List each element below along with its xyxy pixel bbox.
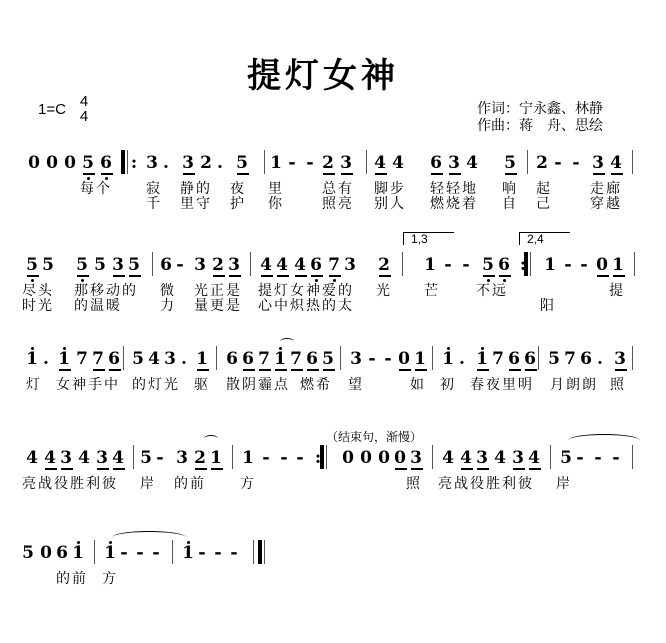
lyric-verse-1: 亮战役胜利彼 (22, 476, 118, 492)
augmentation-dot: . (456, 350, 468, 368)
dash: - (570, 154, 582, 172)
note: 3 (344, 256, 356, 274)
augmentation-dot: . (40, 350, 52, 368)
volta-label: 1,3 (411, 232, 428, 246)
lyric-verse-2: 量更是 (194, 298, 242, 314)
underline (211, 468, 223, 470)
lyric-verse-1: 燃希 (300, 377, 332, 393)
lyric-verse-1: 微 (160, 283, 176, 299)
slur (112, 531, 186, 544)
dash: - (278, 449, 290, 467)
underline (93, 369, 105, 371)
dash: - (574, 449, 586, 467)
note: 6 (108, 350, 120, 368)
lyric-verse-2: 穿越 (590, 196, 622, 212)
underline (261, 275, 273, 277)
underline (399, 369, 411, 371)
note: 1 (242, 449, 254, 467)
low-octave-dot (31, 279, 34, 282)
dash: - (174, 256, 186, 274)
thick-barline (320, 445, 324, 469)
note: 2 (322, 154, 334, 172)
underline (183, 173, 195, 175)
high-octave-dot (31, 347, 34, 350)
note: 5 (94, 256, 106, 274)
slur (204, 435, 218, 442)
lyric-verse-2: 时光 (22, 298, 54, 314)
note: 4 (78, 449, 90, 467)
lyric-verse-1: 岸 (140, 476, 156, 492)
barline (253, 540, 254, 564)
note: 4 (460, 449, 472, 467)
augmentation-dot: . (214, 154, 226, 172)
note: 7 (328, 256, 340, 274)
lyric-verse-2: 千 (146, 196, 162, 212)
lyric-verse-2: 阳 (540, 298, 556, 314)
underline (593, 173, 605, 175)
underline (611, 173, 623, 175)
underline (291, 369, 303, 371)
barline (216, 346, 217, 370)
low-octave-dot (87, 177, 90, 180)
note: 4 (392, 154, 404, 172)
lyric-verse-1: 静的 (180, 181, 212, 197)
lyric-verse-1: 灯 (26, 377, 42, 393)
note: 7 (258, 350, 270, 368)
note: 1 (476, 350, 488, 368)
note: 3 (146, 154, 158, 172)
underline (229, 275, 241, 277)
note: 3 (176, 449, 188, 467)
underline (613, 275, 625, 277)
note: 3 (410, 449, 422, 467)
note: 5 (322, 350, 334, 368)
underline (597, 275, 609, 277)
dash: - (382, 350, 394, 368)
note: 6 (56, 544, 68, 562)
note: 5 (42, 256, 54, 274)
barline (527, 150, 528, 174)
high-octave-dot (481, 347, 484, 350)
underline (45, 468, 57, 470)
note: 1 (274, 350, 286, 368)
lyric-verse-1: 照 (610, 377, 626, 393)
underline (295, 275, 307, 277)
note: 4 (528, 449, 540, 467)
dash: - (294, 449, 306, 467)
note: 2 (194, 449, 206, 467)
note: 4 (44, 449, 56, 467)
note: 4 (276, 256, 288, 274)
augmentation-dot: . (594, 350, 606, 368)
key-signature: 1=C (38, 101, 66, 118)
lyric-verse-1: 光正是 (194, 283, 242, 299)
note: 6 (508, 350, 520, 368)
dash: - (578, 256, 590, 274)
note: 3 (350, 350, 362, 368)
note: 6 (100, 154, 112, 172)
high-octave-dot (279, 347, 282, 350)
note: 5 (504, 154, 516, 172)
underline (59, 369, 71, 371)
low-octave-dot (503, 279, 506, 282)
lyric-verse-1: 望 (348, 377, 364, 393)
note: 7 (92, 350, 104, 368)
lyric-verse-1: 芒 (424, 283, 440, 299)
lyric-verse-1: 每个 (80, 181, 112, 197)
underline (341, 173, 353, 175)
lyric-verse-1: 的前 (174, 476, 206, 492)
note: 6 (306, 350, 318, 368)
underline (97, 468, 109, 470)
note: 2 (536, 154, 548, 172)
time-signature-top: 4 (78, 94, 90, 109)
song-title: 提灯女神 (0, 48, 646, 97)
note: 0 (394, 449, 406, 467)
barline (530, 252, 531, 276)
note: 1 (442, 350, 454, 368)
lyric-verse-2: 燃烧着 (430, 196, 478, 212)
note: 0 (342, 449, 354, 467)
note: 4 (294, 256, 306, 274)
low-octave-dot (333, 279, 336, 282)
dash: - (562, 256, 574, 274)
note: 5 (76, 256, 88, 274)
barline (264, 150, 265, 174)
underline (101, 173, 113, 175)
lyric-verse-1: 夜 (230, 181, 246, 197)
note: 0 (64, 154, 76, 172)
underline (129, 275, 141, 277)
time-signature-bottom: 4 (78, 109, 90, 124)
high-octave-dot (63, 347, 66, 350)
note: 1 (424, 256, 436, 274)
low-octave-dot (315, 279, 318, 282)
underline (307, 369, 319, 371)
lyric-verse-1: 驱 (194, 377, 210, 393)
note: 4 (148, 350, 160, 368)
high-octave-dot (187, 541, 190, 544)
note: 3 (60, 449, 72, 467)
note: 4 (610, 154, 622, 172)
underline (477, 468, 489, 470)
barline (94, 540, 95, 564)
note: 3 (112, 256, 124, 274)
note: 4 (466, 154, 478, 172)
lyric-verse-2: 护 (230, 196, 246, 212)
note: 7 (76, 350, 88, 368)
lyric-verse-1: 方 (102, 571, 118, 587)
underline (197, 369, 209, 371)
thick-barline (121, 150, 125, 174)
underline (375, 173, 387, 175)
lyric-verse-1: 脚步 (374, 181, 406, 197)
underline (243, 369, 255, 371)
dash: - (228, 544, 240, 562)
volta-label: 2,4 (527, 232, 544, 246)
note: 3 (228, 256, 240, 274)
underline (113, 468, 125, 470)
lyric-verse-1: 寂 (146, 181, 162, 197)
barline (432, 346, 433, 370)
lyric-verse-2: 照亮 (322, 196, 354, 212)
note: 4 (260, 256, 272, 274)
augmentation-dot: . (178, 350, 190, 368)
lyric-verse-2: 你 (268, 196, 284, 212)
barline (250, 252, 251, 276)
dash: - (286, 154, 298, 172)
lyric-verse-2: 里守 (180, 196, 212, 212)
lyric-verse-2: 力 (160, 298, 176, 314)
lyric-verse-2: 心中炽热的太 (258, 298, 354, 314)
note: 1 (196, 350, 208, 368)
note: 4 (26, 449, 38, 467)
note: 3 (592, 154, 604, 172)
lyric-verse-1: 岸 (556, 476, 572, 492)
note: 3 (448, 154, 460, 172)
note: 4 (442, 449, 454, 467)
lyric-verse-1: 总有 (322, 181, 354, 197)
lyric-verse-1: 光 (376, 283, 392, 299)
barline (232, 445, 233, 469)
dash: - (366, 350, 378, 368)
note: 1 (544, 256, 556, 274)
note: 0 (360, 449, 372, 467)
dash: - (552, 154, 564, 172)
lyric-verse-2: 己 (536, 196, 552, 212)
note: 6 (226, 350, 238, 368)
lyric-verse-1: 的前 (56, 571, 88, 587)
note: 1 (72, 544, 84, 562)
underline (513, 468, 525, 470)
note: 4 (112, 449, 124, 467)
underline (323, 369, 335, 371)
note: 6 (242, 350, 254, 368)
note: 6 (430, 154, 442, 172)
note: 1 (26, 350, 38, 368)
lyric-verse-1: 轻轻地 (430, 181, 478, 197)
low-octave-dot (487, 279, 490, 282)
note: 3 (164, 350, 176, 368)
note: 5 (128, 256, 140, 274)
note: 1 (58, 350, 70, 368)
underline (431, 173, 443, 175)
time-signature: 4 4 (78, 94, 90, 124)
barline (123, 346, 124, 370)
dash: - (610, 449, 622, 467)
underline (509, 369, 521, 371)
underline (525, 369, 537, 371)
repeat-sign: : (128, 154, 140, 172)
note: 3 (340, 154, 352, 172)
barline (634, 252, 635, 276)
dash: - (460, 256, 472, 274)
note: 7 (492, 350, 504, 368)
note: 3 (512, 449, 524, 467)
lyric-verse-1: 方 (240, 476, 256, 492)
note: 1 (104, 544, 116, 562)
underline (259, 369, 271, 371)
note: 6 (524, 350, 536, 368)
augmentation-dot: . (160, 154, 172, 172)
lyricist: 作词：宁永鑫、林静 (477, 101, 603, 118)
low-octave-dot (81, 279, 84, 282)
slur (568, 434, 640, 447)
barline (632, 150, 633, 174)
underline (83, 173, 95, 175)
note: 3 (614, 350, 626, 368)
lyric-verse-1: 亮战役胜利彼 (438, 476, 534, 492)
note: 6 (310, 256, 322, 274)
lyric-verse-1: 提灯女神爱的 (258, 283, 354, 299)
lyric-verse-1: 走廊 (590, 181, 622, 197)
note: 2 (200, 154, 212, 172)
dash: - (154, 449, 166, 467)
lyric-verse-1: 照 (406, 476, 422, 492)
underline (213, 275, 225, 277)
underline (323, 173, 335, 175)
note: 0 (398, 350, 410, 368)
underline (615, 369, 627, 371)
dash: - (150, 544, 162, 562)
note: 5 (560, 449, 572, 467)
underline (415, 369, 427, 371)
note: 5 (236, 154, 248, 172)
underline (483, 275, 495, 277)
note: 0 (28, 154, 40, 172)
thick-barline (258, 540, 262, 564)
thick-barline (524, 252, 528, 276)
underline (529, 468, 541, 470)
lyric-verse-1: 不远 (476, 283, 508, 299)
note: 4 (374, 154, 386, 172)
note: 7 (564, 350, 576, 368)
lyric-verse-1: 响 (502, 181, 518, 197)
lyric-verse-2: 的温暖 (74, 298, 122, 314)
underline (109, 369, 121, 371)
lyric-verse-2: 别人 (374, 196, 406, 212)
underline (275, 369, 287, 371)
underline (277, 275, 289, 277)
dash: - (304, 154, 316, 172)
barline (366, 150, 367, 174)
note: 3 (194, 256, 206, 274)
lyric-verse-1: 春夜里明 (470, 377, 534, 393)
lyric-verse-1: 散阴霾点 (226, 377, 290, 393)
lyric-verse-2: 自 (502, 196, 518, 212)
barline (127, 150, 128, 174)
note: 3 (182, 154, 194, 172)
barline (550, 445, 551, 469)
underline (77, 275, 89, 277)
note: 4 (494, 449, 506, 467)
underline (61, 468, 73, 470)
note: 1 (182, 544, 194, 562)
barline (402, 252, 403, 276)
note: 5 (140, 449, 152, 467)
underline (311, 275, 323, 277)
note: 1 (414, 350, 426, 368)
tempo-instruction: （结束句，渐慢） (326, 428, 422, 445)
underline (27, 275, 39, 277)
underline (477, 369, 489, 371)
note: 7 (290, 350, 302, 368)
barline (538, 346, 539, 370)
composer: 作曲：蒋 舟、思绘 (477, 118, 603, 135)
dash: - (196, 544, 208, 562)
note: 1 (210, 449, 222, 467)
lyric-verse-1: 尽头 (22, 283, 54, 299)
lyric-verse-1: 里 (268, 181, 284, 197)
underline (505, 173, 517, 175)
note: 3 (96, 449, 108, 467)
note: 5 (26, 256, 38, 274)
barline (264, 540, 265, 564)
underline (499, 275, 511, 277)
note: 5 (548, 350, 560, 368)
barline (326, 445, 327, 469)
lyric-verse-1: 的灯光 (132, 377, 180, 393)
note: 6 (580, 350, 592, 368)
dash: - (592, 449, 604, 467)
low-octave-dot (105, 177, 108, 180)
lyric-verse-1: 起 (536, 181, 552, 197)
lyric-verse-1: 月朗朗 (550, 377, 598, 393)
barline (632, 346, 633, 370)
dash: - (212, 544, 224, 562)
note: 0 (378, 449, 390, 467)
note: 6 (498, 256, 510, 274)
barline (432, 445, 433, 469)
lyric-verse-1: 提 (609, 283, 625, 299)
note: 6 (160, 256, 172, 274)
barline (152, 252, 153, 276)
underline (461, 468, 473, 470)
note: 5 (82, 154, 94, 172)
high-octave-dot (77, 541, 80, 544)
note: 5 (132, 350, 144, 368)
underline (113, 275, 125, 277)
lyric-verse-1: 如 (410, 377, 426, 393)
underline (411, 468, 423, 470)
note: 0 (596, 256, 608, 274)
note: 3 (476, 449, 488, 467)
note: 1 (270, 154, 282, 172)
dash: - (442, 256, 454, 274)
note: 1 (612, 256, 624, 274)
underline (379, 275, 391, 277)
underline (395, 468, 407, 470)
high-octave-dot (447, 347, 450, 350)
dash: - (118, 544, 130, 562)
note: 2 (378, 256, 390, 274)
note: 5 (482, 256, 494, 274)
underline (329, 275, 341, 277)
lyric-verse-1: 初 (440, 377, 456, 393)
lyric-verse-1: 女神手中 (56, 377, 120, 393)
note: 5 (22, 544, 34, 562)
underline (237, 173, 249, 175)
barline (133, 445, 134, 469)
barline (632, 445, 633, 469)
note: 0 (40, 544, 52, 562)
slur (280, 338, 294, 345)
dash: - (260, 449, 272, 467)
underline (195, 468, 207, 470)
lyric-verse-1: 那移动的 (74, 283, 138, 299)
barline (340, 346, 341, 370)
note: 2 (212, 256, 224, 274)
